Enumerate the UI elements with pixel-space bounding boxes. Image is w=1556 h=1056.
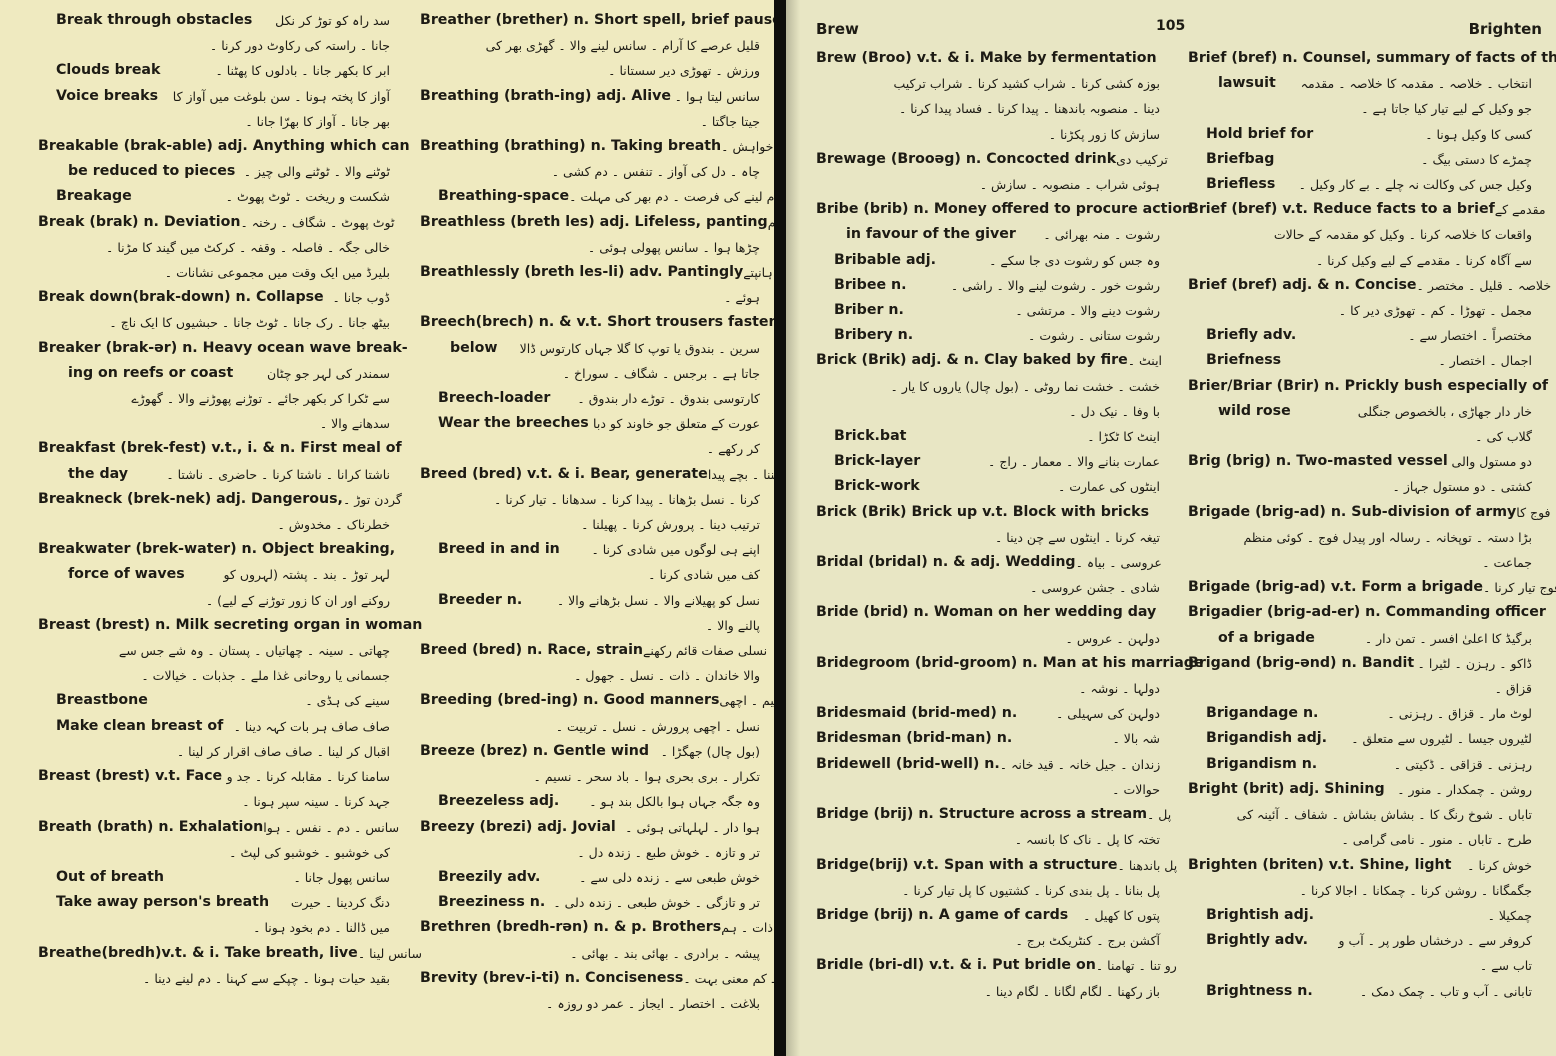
urdu-translation: ہوئی شراب ۔ منصوبہ ۔ سازش ۔ (980, 172, 1160, 197)
urdu-translation: سدھانے والا ۔ (320, 411, 390, 436)
dictionary-entry: Brigade (brig-ad) v.t. Form a brigadeفوج… (1188, 575, 1532, 600)
dictionary-entry: Breath (brath) n. Exhalationسانس ۔ دم ۔ … (38, 815, 390, 840)
headword-definition: Brevity (brev-i-ti) n. Conciseness (420, 966, 683, 991)
dictionary-entry: Break (brak) n. Deviationٹوٹ پھوٹ ۔ شگاف… (38, 210, 390, 235)
headword-definition: Breakfast (brek-fest) v.t., i. & n. Firs… (38, 436, 402, 461)
headword-definition: Out of breath (38, 865, 164, 890)
headword-definition: Breeder n. (420, 588, 522, 613)
dictionary-entry: Breeding (bred-ing) n. Good mannersتعلیم… (420, 688, 760, 713)
headword-definition: be reduced to pieces (38, 159, 235, 184)
entry-continuation: جو وکیل کے لیے تیار کیا جاتا ہے ۔ (1188, 96, 1532, 121)
entry-continuation: جہد کرنا ۔ سینہ سپر ہونا ۔ (38, 789, 390, 814)
urdu-translation: تابانی ۔ آب و تاب ۔ چمک دمک ۔ (1360, 979, 1532, 1004)
headword-definition: Briefbag (1188, 147, 1274, 172)
urdu-translation: چڑھا ہوا ۔ سانس پھولی ہوئی ۔ (588, 235, 760, 260)
headword-definition: Breast (brest) n. Milk secreting organ i… (38, 613, 422, 638)
dictionary-entry: Brick-layerعمارت بنانے والا ۔ معمار ۔ را… (816, 449, 1160, 474)
urdu-translation: شادی ۔ جشن عروسی ۔ (1030, 575, 1160, 600)
headword-definition: Bridle (bri-dl) v.t. & i. Put bridle on (816, 953, 1096, 978)
entry-continuation: تختہ کا پل ۔ ناک کا بانسہ ۔ (816, 827, 1160, 852)
entry-continuation: اقبال کر لینا ۔ صاف صاف اقرار کر لینا ۔ (38, 739, 390, 764)
urdu-translation: ڈوب جانا ۔ (333, 285, 390, 310)
entry-continuation: جماعت ۔ (1188, 550, 1532, 575)
urdu-translation: سانس لیتا ہوا ۔ (675, 84, 760, 109)
running-head-left: Brew (816, 20, 859, 38)
headword-definition: Breakneck (brek-nek) adj. Dangerous, (38, 487, 343, 512)
entry-continuation: جسمانی یا روحانی غذا ملے ۔ جذبات ۔ خیالا… (38, 663, 390, 688)
headword-definition: Breed in and in (420, 537, 560, 562)
urdu-translation: جماعت ۔ (1482, 550, 1532, 575)
entry-continuation: خطرناک ۔ مخدوش ۔ (38, 512, 390, 537)
urdu-translation: سے ٹکرا کر بکھر جائے ۔ توڑنے پھوڑنے والا… (131, 386, 390, 411)
urdu-translation: کی خوشبو ۔ خوشبو کی لپٹ ۔ (229, 840, 390, 865)
urdu-translation: تر و تازہ ۔ خوش طبع ۔ زندہ دل ۔ (577, 840, 760, 865)
entry-continuation: چڑھا ہوا ۔ سانس پھولی ہوئی ۔ (420, 235, 760, 260)
urdu-translation: ترکیب دی (1116, 147, 1168, 172)
urdu-translation: قلیل عرصے کا آرام ۔ سانس لینے والا ۔ گھڑ… (486, 33, 760, 58)
left-page-column-2: Breather (brether) n. Short spell, brief… (420, 8, 760, 1016)
dictionary-entry: Bribee n.رشوت خور ۔ رشوت لینے والا ۔ راش… (816, 273, 1160, 298)
dictionary-entry: Breathing (brath-ing) adj. Aliveسانس لیت… (420, 84, 760, 109)
dictionary-entry: Break down(brak-down) n. Collapseڈوب جان… (38, 285, 390, 310)
dictionary-entry: Bribery n.رشوت ستانی ۔ رشوت ۔ (816, 323, 1160, 348)
entry-continuation: پیشہ ۔ برادری ۔ بھائی بند ۔ بھائی ۔ (420, 941, 760, 966)
entry-continuation: چاہ ۔ دل کی آواز ۔ تنفس ۔ دم کشی ۔ (420, 159, 760, 184)
entry-continuation: سازش کا زور پکڑنا ۔ (816, 122, 1160, 147)
headword-definition: Brigadier (brig-ad-er) n. Commanding off… (1188, 600, 1546, 625)
urdu-translation: اقبال کر لینا ۔ صاف صاف اقرار کر لینا ۔ (177, 739, 390, 764)
entry-continuation: واقعات کا خلاصہ کرنا ۔ وکیل کو مقدمہ کے … (1188, 222, 1532, 247)
urdu-translation: دولہن ۔ عروس ۔ (1066, 626, 1160, 651)
urdu-translation: دولہن کی سہیلی ۔ (1056, 701, 1160, 726)
urdu-translation: بوزہ کشی کرنا ۔ شراب کشید کرنا ۔ شراب تر… (893, 71, 1160, 96)
headword-definition: Brigand (brig-ənd) n. Bandit (1188, 651, 1414, 676)
headword-definition: Breeding (bred-ing) n. Good manners (420, 688, 719, 713)
headword-definition: Bribee n. (816, 273, 907, 298)
entry-continuation: سے ٹکرا کر بکھر جائے ۔ توڑنے پھوڑنے والا… (38, 386, 390, 411)
urdu-translation: فوج کا (1516, 500, 1550, 525)
entry-continuation: کی خوشبو ۔ خوشبو کی لپٹ ۔ (38, 840, 390, 865)
dictionary-entry: Breathless (breth les) adj. Lifeless, pa… (420, 210, 760, 235)
headword-definition: Bridge (brij) n. Structure across a stre… (816, 802, 1147, 827)
urdu-translation: عمارت بنانے والا ۔ معمار ۔ راج ۔ (988, 449, 1160, 474)
headword-definition: Breather (brether) n. Short spell, brief… (420, 8, 782, 33)
headword-definition: Brigade (brig-ad) v.t. Form a brigade (1188, 575, 1483, 600)
headword-definition: Breeziness n. (420, 890, 545, 915)
headword-definition: Make clean breast of (38, 714, 223, 739)
right-page-column-2: Brief (bref) n. Counsel, summary of fact… (1188, 46, 1532, 1004)
entry-continuation: تیغہ کرنا ۔ اینٹوں سے چن دینا ۔ (816, 525, 1160, 550)
urdu-translation: سے آگاہ کرنا ۔ مقدمے کے لیے وکیل کرنا ۔ (1316, 248, 1532, 273)
dictionary-entry: Brieflessوکیل جس کی وکالت نہ چلے ۔ بے کا… (1188, 172, 1532, 197)
urdu-translation: آواز کا پختہ ہونا ۔ سن بلوغت میں آواز کا (173, 84, 390, 109)
dictionary-entry: Voice breaksآواز کا پختہ ہونا ۔ سن بلوغت… (38, 84, 390, 109)
headword-definition: Break (brak) n. Deviation (38, 210, 240, 235)
urdu-translation: روکنے اور ان کا زور توڑنے کے لیے) ۔ (206, 588, 390, 613)
urdu-translation: اینٹوں کی عمارت ۔ (1058, 474, 1160, 499)
dictionary-entry: Breakwater (brek-water) n. Object breaki… (38, 537, 390, 562)
page-number: 105 (1156, 18, 1185, 34)
entry-continuation: دولہن ۔ عروس ۔ (816, 626, 1160, 651)
dictionary-entry: Brick.batاینٹ کا ٹکڑا ۔ (816, 424, 1160, 449)
urdu-translation: چمڑے کا دستی بیگ ۔ (1421, 147, 1532, 172)
urdu-translation: قزاق ۔ (1495, 676, 1532, 701)
headword-definition: Breech(brech) n. & v.t. Short trousers f… (420, 310, 798, 335)
dictionary-entry: Breathe(bredh)v.t. & i. Take breath, liv… (38, 941, 390, 966)
entry-continuation: جگمگانا ۔ روشن کرنا ۔ چمکانا ۔ اجالا کرن… (1188, 878, 1532, 903)
urdu-translation: واقعات کا خلاصہ کرنا ۔ وکیل کو مقدمہ کے … (1274, 222, 1532, 247)
urdu-translation: (بول چال) جھگڑا ۔ (661, 739, 760, 764)
entry-continuation: بیٹھ جانا ۔ رک جانا ۔ ٹوٹ جانا ۔ حبشیوں … (38, 310, 390, 335)
headword-definition: Brief (bref) v.t. Reduce facts to a brie… (1188, 197, 1495, 222)
urdu-translation: مختصراً ۔ اختصار سے ۔ (1408, 323, 1532, 348)
entry-continuation: آکشن برج ۔ کنٹریکٹ برج ۔ (816, 928, 1160, 953)
headword-definition: Brief (bref) adj. & n. Concise (1188, 273, 1417, 298)
urdu-translation: سانس پھول جانا ۔ (293, 865, 390, 890)
headword-definition: Breath (brath) n. Exhalation (38, 815, 263, 840)
urdu-translation: اجمال ۔ اختصار ۔ (1438, 348, 1532, 373)
headword-definition: Wear the breeches (420, 411, 589, 436)
entry-continuation: سدھانے والا ۔ (38, 411, 390, 436)
entry-continuation: با وفا ۔ نیک دل ۔ (816, 399, 1160, 424)
entry-continuation: سے آگاہ کرنا ۔ مقدمے کے لیے وکیل کرنا ۔ (1188, 248, 1532, 273)
entry-continuation: جیتا جاگتا ۔ (420, 109, 760, 134)
dictionary-entry: Bridegroom (brid-groom) n. Man at his ma… (816, 651, 1160, 676)
headword-definition: Briber n. (816, 298, 904, 323)
urdu-translation: دم لینے کی فرصت ۔ دم بھر کی مہلت ۔ (569, 184, 780, 209)
headword-definition: Voice breaks (38, 84, 158, 109)
urdu-translation: شہ بالا ۔ (1113, 726, 1161, 751)
dictionary-entry: Breezy (brezi) adj. Jovialہوا دار ۔ لہلہ… (420, 815, 760, 840)
urdu-translation: تر و تازگی ۔ خوش طبعی ۔ زندہ دلی ۔ (553, 890, 760, 915)
urdu-translation: انتخاب ۔ خلاصہ ۔ مقدمہ کا خلاصہ ۔ مقدمہ (1301, 71, 1532, 96)
dictionary-entry: Break through obstaclesسد راہ کو توڑ کر … (38, 8, 390, 33)
headword-definition: Breathing-space (420, 184, 569, 209)
dictionary-entry: Brew (Broo) v.t. & i. Make by fermentati… (816, 46, 1160, 71)
dictionary-entry: Bridle (bri-dl) v.t. & i. Put bridle onر… (816, 953, 1160, 978)
urdu-translation: بلیرڈ میں ایک وقت میں مجموعی نشانات ۔ (165, 260, 390, 285)
right-page: Brew 105 Brighten Brew (Broo) v.t. & i. … (786, 0, 1556, 1056)
dictionary-entry: Brick-workاینٹوں کی عمارت ۔ (816, 474, 1160, 499)
urdu-translation: صاف صاف ہر بات کہہ دینا ۔ (234, 714, 390, 739)
urdu-translation: رشوت دینے والا ۔ مرتشی ۔ (1015, 298, 1160, 323)
urdu-translation: رو تنا ۔ تھامنا ۔ (1096, 953, 1177, 978)
entry-continuation: دینا ۔ منصوبہ باندھنا ۔ پیدا کرنا ۔ فساد… (816, 96, 1160, 121)
entry-continuation: تکرار ۔ بری بحری ہوا ۔ باد سحر ۔ نسیم ۔ (420, 764, 760, 789)
urdu-translation: دولہا ۔ نوشہ ۔ (1079, 676, 1160, 701)
headword-definition: lawsuit (1188, 71, 1276, 96)
entry-continuation: کر رکھے ۔ (420, 436, 760, 461)
urdu-translation: جیتا جاگتا ۔ (701, 109, 760, 134)
entry-continuation: خشت ۔ خشت نما روٹی ۔ (بول چال) یاروں کا … (816, 374, 1160, 399)
headword-definition: Breezeless adj. (420, 789, 559, 814)
dictionary-entry: Breech-loaderکارتوسی بندوق ۔ توڑے دار بن… (420, 386, 760, 411)
dictionary-entry: Wear the breechesعورت کے متعلق جو خاوند … (420, 411, 760, 436)
entry-continuation: کشتی ۔ دو مستول جہاز ۔ (1188, 474, 1532, 499)
urdu-translation: جو وکیل کے لیے تیار کیا جاتا ہے ۔ (1361, 96, 1532, 121)
headword-definition: Bridge (brij) n. A game of cards (816, 903, 1068, 928)
headword-definition: Breathing (brath-ing) adj. Alive (420, 84, 671, 109)
urdu-translation: سینے کی ہڈی ۔ (305, 688, 390, 713)
entry-continuation: بلاغت ۔ اختصار ۔ ایجاز ۔ عمر دو روزہ ۔ (420, 991, 760, 1016)
headword-definition: Brew (Broo) v.t. & i. Make by fermentati… (816, 46, 1157, 71)
urdu-translation: اینٹ کا ٹکڑا ۔ (1087, 424, 1160, 449)
entry-continuation: بقید حیات ہونا ۔ چپکے سے کہنا ۔ دم لینے … (38, 966, 390, 991)
headword-definition: Brethren (bredh-rən) n. & p. Brothers (420, 915, 721, 940)
urdu-translation: ہوئے ۔ (724, 285, 760, 310)
dictionary-entry: Breathlessly (breth les-li) adv. Panting… (420, 260, 760, 285)
entry-continuation: lawsuitانتخاب ۔ خلاصہ ۔ مقدمہ کا خلاصہ ۔… (1188, 71, 1532, 96)
dictionary-entry: Breeziness n.تر و تازگی ۔ خوش طبعی ۔ زند… (420, 890, 760, 915)
entry-continuation: شادی ۔ جشن عروسی ۔ (816, 575, 1160, 600)
headword-definition: Breeze (brez) n. Gentle wind (420, 739, 649, 764)
headword-definition: Briefless (1188, 172, 1275, 197)
dictionary-entry: Brief (bref) n. Counsel, summary of fact… (1188, 46, 1532, 71)
headword-definition: Brig (brig) n. Two-masted vessel (1188, 449, 1448, 474)
dictionary-entry: Brick (Brik) adj. & n. Clay baked by fir… (816, 348, 1160, 373)
dictionary-entry: Breezily adv.خوش طبعی سے ۔ زندہ دلی سے ۔ (420, 865, 760, 890)
urdu-translation: جننا ۔ بچے پیدا (708, 462, 782, 487)
urdu-translation: رہزنی ۔ قزاقی ۔ ڈکیتی ۔ (1394, 752, 1532, 777)
urdu-translation: کرنا ۔ نسل بڑھانا ۔ پیدا کرنا ۔ سدھانا ۔… (494, 487, 760, 512)
right-page-column-1: Brew (Broo) v.t. & i. Make by fermentati… (816, 46, 1160, 1004)
dictionary-entry: Bridesmaid (brid-med) n.دولہن کی سہیلی ۔ (816, 701, 1160, 726)
headword-definition: Breakable (brak-able) adj. Anything whic… (38, 134, 410, 159)
urdu-translation: بھر جانا ۔ آواز کا بھرّا جانا ۔ (245, 109, 390, 134)
entry-continuation: چھاتی ۔ سینہ ۔ چھاتیاں ۔ پستان ۔ وہ شے ج… (38, 638, 390, 663)
dictionary-entry: Take away person's breathدنگ کردینا ۔ حی… (38, 890, 390, 915)
urdu-translation: ہوا دار ۔ لہلہاتی ہوئی ۔ (625, 815, 760, 840)
entry-continuation: belowسرین ۔ بندوق یا توپ کا گلا جہاں کار… (420, 336, 760, 361)
entry-continuation: طرح ۔ تاباں ۔ منور ۔ نامی گرامی ۔ (1188, 827, 1532, 852)
urdu-translation: ناشتا کرانا ۔ ناشتا کرنا ۔ حاضری ۔ ناشتا… (166, 462, 390, 487)
urdu-translation: ورزش ۔ تھوڑی دیر سستانا ۔ (608, 58, 760, 83)
headword-definition: Bribery n. (816, 323, 913, 348)
headword-definition: Brick-work (816, 474, 920, 499)
gutter-shadow (786, 0, 800, 1056)
urdu-translation: کر رکھے ۔ (707, 436, 760, 461)
headword-definition: Breast (brest) v.t. Face (38, 764, 222, 789)
urdu-translation: سمندر کی لہر جو چٹان (267, 361, 390, 386)
entry-continuation: ہوئے ۔ (420, 285, 760, 310)
dictionary-entry: Bribe (brib) n. Money offered to procure… (816, 197, 1160, 222)
dictionary-entry: Bride (brid) n. Woman on her wedding day (816, 600, 1160, 625)
urdu-translation: والا خاندان ۔ ذات ۔ نسل ۔ جھول ۔ (574, 663, 760, 688)
dictionary-entry: Bridge (brij) n. Structure across a stre… (816, 802, 1160, 827)
urdu-translation: جسمانی یا روحانی غذا ملے ۔ جذبات ۔ خیالا… (141, 663, 390, 688)
urdu-translation: پیشہ ۔ برادری ۔ بھائی بند ۔ بھائی ۔ (570, 941, 760, 966)
headword-definition: Brighten (briten) v.t. Shine, light (1188, 853, 1451, 878)
entry-continuation: تر و تازہ ۔ خوش طبع ۔ زندہ دل ۔ (420, 840, 760, 865)
dictionary-entry: Brier/Briar (Brir) n. Prickly bush espec… (1188, 374, 1532, 399)
headword-definition: Breathless (breth les) adj. Lifeless, pa… (420, 210, 768, 235)
urdu-translation: دینا ۔ منصوبہ باندھنا ۔ پیدا کرنا ۔ فساد… (899, 96, 1160, 121)
urdu-translation: پل باندھنا ۔ (1118, 853, 1178, 878)
entry-continuation: روکنے اور ان کا زور توڑنے کے لیے) ۔ (38, 588, 390, 613)
urdu-translation: باز رکھنا ۔ لگام لگانا ۔ لگام دینا ۔ (985, 979, 1160, 1004)
headword-definition: Brigandism n. (1188, 752, 1317, 777)
urdu-translation: تاب سے ۔ (1480, 953, 1532, 978)
headword-definition: Hold brief for (1188, 122, 1313, 147)
urdu-translation: ڈاکو ۔ رہزن ۔ لٹیرا ۔ (1418, 651, 1532, 676)
entry-continuation: والا خاندان ۔ ذات ۔ نسل ۔ جھول ۔ (420, 663, 760, 688)
urdu-translation: وہ جس کو رشوت دی جا سکے ۔ (989, 248, 1160, 273)
urdu-translation: وکیل جس کی وکالت نہ چلے ۔ بے کار وکیل ۔ (1299, 172, 1532, 197)
entry-continuation: باز رکھنا ۔ لگام لگانا ۔ لگام دینا ۔ (816, 979, 1160, 1004)
urdu-translation: میں ڈالنا ۔ دم بخود ہونا ۔ (253, 915, 390, 940)
entry-continuation: of a brigadeبرگیڈ کا اعلیٰ افسر ۔ تمن دا… (1188, 626, 1532, 651)
urdu-translation: چھاتی ۔ سینہ ۔ چھاتیاں ۔ پستان ۔ وہ شے ج… (119, 638, 390, 663)
dictionary-entry: Brigade (brig-ad) n. Sub-division of arm… (1188, 500, 1532, 525)
urdu-translation: جانا ۔ راستہ کی رکاوٹ دور کرنا ۔ (210, 33, 390, 58)
entry-continuation: پالنے والا ۔ (420, 613, 760, 638)
dictionary-entry: Brigadier (brig-ad-er) n. Commanding off… (1188, 600, 1532, 625)
urdu-translation: سد راہ کو توڑ کر نکل (275, 8, 390, 33)
entry-continuation: بلیرڈ میں ایک وقت میں مجموعی نشانات ۔ (38, 260, 390, 285)
dictionary-entry: Brewage (Brooəg) n. Concocted drinkترکیب… (816, 147, 1160, 172)
headword-definition: Briefly adv. (1188, 323, 1296, 348)
headword-definition: Briefness (1188, 348, 1281, 373)
urdu-translation: عورت کے متعلق جو خاوند کو دبا (593, 411, 760, 436)
urdu-translation: گردن توڑ ۔ (343, 487, 402, 512)
headword-definition: Brightness n. (1188, 979, 1313, 1004)
urdu-translation: دو مستول والی (1452, 449, 1532, 474)
dictionary-entry: Breathing (brathing) n. Taking breathخوا… (420, 134, 760, 159)
headword-definition: Breezy (brezi) adj. Jovial (420, 815, 616, 840)
dictionary-entry: Out of breathسانس پھول جانا ۔ (38, 865, 390, 890)
entry-continuation: کف میں شادی کرنا ۔ (420, 562, 760, 587)
urdu-translation: بلاغت ۔ اختصار ۔ ایجاز ۔ عمر دو روزہ ۔ (546, 991, 760, 1016)
urdu-translation: رشوت خور ۔ رشوت لینے والا ۔ راشی ۔ (951, 273, 1160, 298)
headword-definition: Breech-loader (420, 386, 550, 411)
entry-continuation: ing on reefs or coastسمندر کی لہر جو چٹا… (38, 361, 390, 386)
dictionary-entry: Breech(brech) n. & v.t. Short trousers f… (420, 310, 760, 335)
urdu-translation: بقید حیات ہونا ۔ چپکے سے کہنا ۔ دم لینے … (143, 966, 390, 991)
dictionary-entry: Breeze (brez) n. Gentle wind(بول چال) جھ… (420, 739, 760, 764)
dictionary-entry: Hold brief forکسی کا وکیل ہونا ۔ (1188, 122, 1532, 147)
dictionary-entry: Brightly adv.کروفر سے ۔ درخشاں طور پر ۔ … (1188, 928, 1532, 953)
headword-definition: Break through obstacles (38, 8, 252, 33)
headword-definition: below (420, 336, 498, 361)
urdu-translation: جاتا ہے ۔ برجس ۔ شگاف ۔ سوراخ ۔ (563, 361, 760, 386)
dictionary-entry: Briefly adv.مختصراً ۔ اختصار سے ۔ (1188, 323, 1532, 348)
urdu-translation: تختہ کا پل ۔ ناک کا بانسہ ۔ (1015, 827, 1160, 852)
entry-continuation: گلاب کی ۔ (1188, 424, 1532, 449)
urdu-translation: تاباں ۔ شوخ رنگ کا ۔ بشاش بشاش ۔ شفاف ۔ … (1237, 802, 1532, 827)
dictionary-entry: Make clean breast ofصاف صاف ہر بات کہہ د… (38, 714, 390, 739)
urdu-translation: عروسی ۔ بیاہ ۔ (1076, 550, 1162, 575)
headword-definition: Bright (brit) adj. Shining (1188, 777, 1385, 802)
urdu-translation: سامنا کرنا ۔ مقابلہ کرنا ۔ جد و (227, 764, 390, 789)
urdu-translation: مجمل ۔ تھوڑا ۔ کم ۔ تھوڑی دیر کا ۔ (1339, 298, 1532, 323)
dictionary-entry: Brightish adj.چمکیلا ۔ (1188, 903, 1532, 928)
headword-definition: Bridegroom (brid-groom) n. Man at his ma… (816, 651, 1204, 676)
headword-definition: in favour of the giver (816, 222, 1016, 247)
entry-continuation: تاب سے ۔ (1188, 953, 1532, 978)
urdu-translation: دنگ کردینا ۔ حیرت (291, 890, 390, 915)
urdu-translation: نسل کو پھیلانے والا ۔ نسل بڑھانے والا ۔ (557, 588, 760, 613)
urdu-translation: طرح ۔ تاباں ۔ منور ۔ نامی گرامی ۔ (1341, 827, 1532, 852)
dictionary-entry: Breast (brest) v.t. Faceسامنا کرنا ۔ مقا… (38, 764, 390, 789)
dictionary-entry: Brick (Brik) Brick up v.t. Block with br… (816, 500, 1160, 525)
urdu-translation: وہ جگہ جہاں ہوا بالکل بند ہو ۔ (589, 789, 760, 814)
urdu-translation: چمکیلا ۔ (1488, 903, 1532, 928)
entry-continuation: خالی جگہ ۔ فاصلہ ۔ وقفہ ۔ کرکٹ میں گیند … (38, 235, 390, 260)
urdu-translation: تیغہ کرنا ۔ اینٹوں سے چن دینا ۔ (995, 525, 1160, 550)
headword-definition: Bridesman (brid-man) n. (816, 726, 1012, 751)
headword-definition: Breathe(bredh)v.t. & i. Take breath, liv… (38, 941, 358, 966)
urdu-translation: ترتیب دینا ۔ پرورش کرنا ۔ پھیلنا ۔ (581, 512, 760, 537)
urdu-translation: خواہش ۔ (721, 134, 773, 159)
headword-definition: Breathlessly (breth les-li) adv. Panting… (420, 260, 743, 285)
entry-continuation: حوالات ۔ (816, 777, 1160, 802)
urdu-translation: ٹوٹ پھوٹ ۔ شگاف ۔ رخنہ ۔ (240, 210, 394, 235)
headword-definition: Brigade (brig-ad) n. Sub-division of arm… (1188, 500, 1516, 525)
headword-definition: Breaker (brak-ər) n. Heavy ocean wave br… (38, 336, 408, 361)
headword-definition: force of waves (38, 562, 185, 587)
entry-continuation: be reduced to piecesٹوٹنے والا ۔ ٹوٹنے و… (38, 159, 390, 184)
urdu-translation: کروفر سے ۔ درخشاں طور پر ۔ آب و (1338, 928, 1532, 953)
dictionary-entry: Bridge(brij) v.t. Span with a structureپ… (816, 853, 1160, 878)
urdu-translation: رشوت ۔ منہ بھرائی ۔ (1043, 222, 1160, 247)
entry-continuation: مجمل ۔ تھوڑا ۔ کم ۔ تھوڑی دیر کا ۔ (1188, 298, 1532, 323)
headword-definition: Breathing (brathing) n. Taking breath (420, 134, 721, 159)
left-page-column-1: Break through obstaclesسد راہ کو توڑ کر … (38, 8, 390, 991)
headword-definition: Bridge(brij) v.t. Span with a structure (816, 853, 1118, 878)
urdu-translation: کسی کا وکیل ہونا ۔ (1425, 122, 1532, 147)
headword-definition: Breed (bred) v.t. & i. Bear, generate (420, 462, 708, 487)
entry-continuation: in favour of the giverرشوت ۔ منہ بھرائی … (816, 222, 1160, 247)
entry-continuation: ورزش ۔ تھوڑی دیر سستانا ۔ (420, 58, 760, 83)
urdu-translation: گلاب کی ۔ (1475, 424, 1532, 449)
entry-continuation: کرنا ۔ نسل بڑھانا ۔ پیدا کرنا ۔ سدھانا ۔… (420, 487, 760, 512)
entry-continuation: تاباں ۔ شوخ رنگ کا ۔ بشاش بشاش ۔ شفاف ۔ … (1188, 802, 1532, 827)
urdu-translation: با وفا ۔ نیک دل ۔ (1069, 399, 1160, 424)
urdu-translation: کشتی ۔ دو مستول جہاز ۔ (1393, 474, 1532, 499)
dictionary-entry: Brief (bref) adj. & n. Conciseخلاصہ ۔ قل… (1188, 273, 1532, 298)
entry-continuation: قزاق ۔ (1188, 676, 1532, 701)
urdu-translation: خوش طبعی سے ۔ زندہ دلی سے ۔ (579, 865, 760, 890)
book-spread: Break through obstaclesسد راہ کو توڑ کر … (0, 0, 1556, 1056)
entry-continuation: wild roseخار دار جھاڑی ، بالخصوص جنگلی (1188, 399, 1532, 424)
dictionary-entry: Breakable (brak-able) adj. Anything whic… (38, 134, 390, 159)
urdu-translation: آکشن برج ۔ کنٹریکٹ برج ۔ (1015, 928, 1160, 953)
headword-definition: Brief (bref) n. Counsel, summary of fact… (1188, 46, 1556, 71)
entry-continuation: قلیل عرصے کا آرام ۔ سانس لینے والا ۔ گھڑ… (420, 33, 760, 58)
urdu-translation: پالنے والا ۔ (706, 613, 760, 638)
urdu-translation: چاہ ۔ دل کی آواز ۔ تنفس ۔ دم کشی ۔ (552, 159, 760, 184)
entry-continuation: بھر جانا ۔ آواز کا بھرّا جانا ۔ (38, 109, 390, 134)
urdu-translation: کف میں شادی کرنا ۔ (648, 562, 760, 587)
dictionary-entry: Brigandism n.رہزنی ۔ قزاقی ۔ ڈکیتی ۔ (1188, 752, 1532, 777)
headword-definition: Breastbone (38, 688, 148, 713)
dictionary-entry: Brigandish adj.لٹیروں جیسا ۔ لٹیروں سے م… (1188, 726, 1532, 751)
dictionary-entry: Bribable adj.وہ جس کو رشوت دی جا سکے ۔ (816, 248, 1160, 273)
entry-continuation: the dayناشتا کرانا ۔ ناشتا کرنا ۔ حاضری … (38, 462, 390, 487)
urdu-translation: برگیڈ کا اعلیٰ افسر ۔ تمن دار ۔ (1365, 626, 1532, 651)
headword-definition: Brewage (Brooəg) n. Concocted drink (816, 147, 1116, 172)
headword-definition: Bride (brid) n. Woman on her wedding day (816, 600, 1156, 625)
urdu-translation: خلاصہ ۔ قلیل ۔ مختصر ۔ (1417, 273, 1552, 298)
headword-definition: Take away person's breath (38, 890, 269, 915)
running-head-right: Brighten (1469, 20, 1542, 38)
dictionary-entry: Brig (brig) n. Two-masted vesselدو مستول… (1188, 449, 1532, 474)
urdu-translation: ابر کا بکھر جانا ۔ بادلوں کا پھٹنا ۔ (215, 58, 390, 83)
dictionary-entry: Bright (brit) adj. Shiningروشن ۔ چمکدار … (1188, 777, 1532, 802)
dictionary-entry: Bridal (bridal) n. & adj. Weddingعروسی ۔… (816, 550, 1160, 575)
urdu-translation: پتوں کا کھیل ۔ (1083, 903, 1160, 928)
entry-continuation: ہوئی شراب ۔ منصوبہ ۔ سازش ۔ (816, 172, 1160, 197)
